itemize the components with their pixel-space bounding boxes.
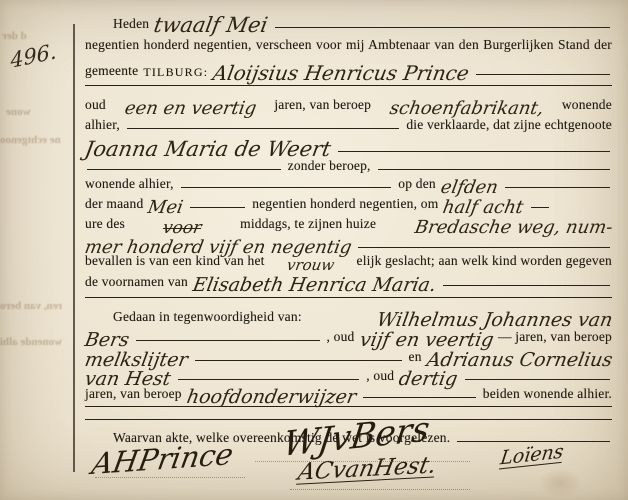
handwritten-entry: Wilhelmus Johannes van: [375, 312, 613, 328]
form-printed-text: de voornamen van: [85, 275, 188, 290]
ink-line-fill: [457, 440, 610, 442]
form-printed-text: en: [409, 350, 422, 365]
handwritten-entry: Aloijsius Henricus Prince: [212, 65, 471, 82]
ink-line-fill: [531, 206, 549, 208]
paper-stain: [538, 468, 582, 498]
form-printed-text: oud: [85, 98, 106, 113]
form-line: de voornamen vanElisabeth Henrica Maria.: [85, 269, 612, 290]
handwritten-entry: van Hest: [84, 371, 172, 387]
ink-line-fill: [378, 168, 610, 170]
form-printed-text: alhier,: [85, 118, 120, 133]
handwritten-entry: half acht: [442, 200, 525, 215]
form-printed-text: der maand: [85, 197, 143, 212]
sig-van-bers: WJvBers: [281, 416, 431, 459]
sig-prince: AHPrince: [90, 443, 235, 476]
ink-line-fill: [178, 378, 360, 380]
handwritten-entry: voor: [162, 221, 203, 235]
form-printed-text: ure des: [85, 217, 125, 232]
form-line: der maandMeinegentien honderd negentien,…: [85, 192, 612, 212]
birth-certificate-scan: 496. Hedentwaalf Meinegentien honderd ne…: [0, 0, 628, 500]
handwritten-entry: Bredasche weg, num-: [413, 220, 613, 235]
form-printed-text: wonende: [562, 98, 612, 113]
bleedthrough-fragment: wone: [6, 106, 30, 118]
ink-line-fill: [127, 127, 399, 129]
form-printed-text: negentien honderd negentien, om: [252, 197, 438, 212]
form-printed-text: , oud: [366, 369, 394, 384]
ink-line-fill: [190, 206, 245, 208]
ink-line-fill: [476, 73, 610, 75]
handwritten-entry: elfden: [440, 180, 500, 195]
form-printed-text: die verklaarde, dat zijne echtgenoote: [406, 118, 612, 133]
horizontal-rule: [85, 297, 612, 298]
bleedthrough-fragment: ne echtgenoo: [0, 134, 61, 146]
form-printed-text: wonende alhier,: [85, 177, 174, 192]
form-printed-text: Gedaan in tegenwoordigheid van:: [113, 310, 302, 325]
handwritten-entry: twaalf Mei: [153, 17, 269, 35]
horizontal-rule: [85, 85, 612, 86]
margin-vertical-rule: [73, 24, 75, 472]
form-line: melkslijterenAdrianus Cornelius: [85, 345, 612, 365]
ink-line-fill: [363, 396, 476, 398]
ink-line-fill: [87, 168, 281, 170]
handwritten-entry: Mei: [147, 200, 185, 215]
form-printed-text: negentien honderd negentien, verscheen v…: [85, 38, 612, 53]
form-printed-text: , oud: [327, 330, 355, 345]
form-line: gemeenteTilburg:Aloijsius Henricus Princ…: [85, 53, 612, 79]
ink-line-fill: [465, 378, 610, 380]
form-printed-text: gemeente: [85, 64, 138, 79]
form-printed-text: zonder beroep,: [288, 159, 371, 174]
form-printed-text: — jaren, van beroep: [498, 330, 612, 345]
handwritten-entry: dertig: [398, 371, 459, 387]
form-printed-text: elijk geslacht; aan welk kind worden geg…: [357, 254, 612, 269]
bleedthrough-fragment: d der: [2, 30, 27, 42]
handwritten-entry: schoenfabrikant,: [388, 101, 544, 116]
form-line: oudeen en veertigjaren, van beroepschoen…: [85, 90, 612, 113]
form-line: wonende alhier,op denelfden: [85, 174, 612, 192]
form-printed-text: jaren, van beroep: [274, 98, 371, 113]
ink-line-fill: [195, 359, 402, 361]
ink-line-fill: [358, 246, 610, 248]
signature-ruling-dotted: [255, 461, 470, 462]
ink-line-fill: [275, 26, 611, 28]
form-printed-text: Tilburg:: [143, 66, 208, 79]
form-line: Gedaan in tegenwoordigheid van:Wilhelmus…: [85, 302, 612, 325]
handwritten-entry: vijf en veertig: [358, 332, 494, 348]
form-body: Hedentwaalf Meinegentien honderd negenti…: [85, 8, 612, 446]
handwritten-entry: Adrianus Cornelius: [425, 352, 613, 368]
form-printed-text: middags, te zijnen huize: [240, 217, 376, 232]
handwritten-entry: mer honderd vijf en negentig: [84, 240, 353, 255]
ink-line-fill: [443, 284, 610, 286]
signature-ruling-dotted: [95, 477, 245, 478]
form-printed-text: beiden wonende alhier.: [483, 387, 612, 402]
bleedthrough-fragment: wonende alhi: [0, 336, 62, 348]
form-line: Joanna Maria de Weert: [85, 133, 612, 156]
form-line: Hedentwaalf Mei: [85, 8, 612, 32]
signature-ruling-dotted: [290, 489, 470, 490]
ink-line-fill: [136, 339, 319, 341]
handwritten-entry: Bers: [84, 332, 131, 348]
form-printed-text: op den: [398, 177, 436, 192]
form-printed-text: Heden: [113, 17, 149, 32]
bleedthrough-fragment: ren, van bero: [0, 300, 62, 312]
ink-line-fill: [181, 186, 392, 188]
ink-line-fill: [505, 186, 610, 188]
handwritten-entry: melkslijter: [84, 352, 189, 368]
sig-loijens: Loïens: [499, 445, 565, 470]
handwritten-entry: Joanna Maria de Weert: [83, 141, 332, 159]
handwritten-entry: hoofdonderwijzer: [185, 389, 357, 405]
act-number: 496.: [10, 39, 57, 73]
ink-line-fill: [338, 150, 610, 152]
handwritten-entry: vrouw: [286, 259, 335, 272]
handwritten-entry: Elisabeth Henrica Maria.: [191, 277, 437, 293]
handwritten-entry: een en veertig: [123, 101, 257, 116]
